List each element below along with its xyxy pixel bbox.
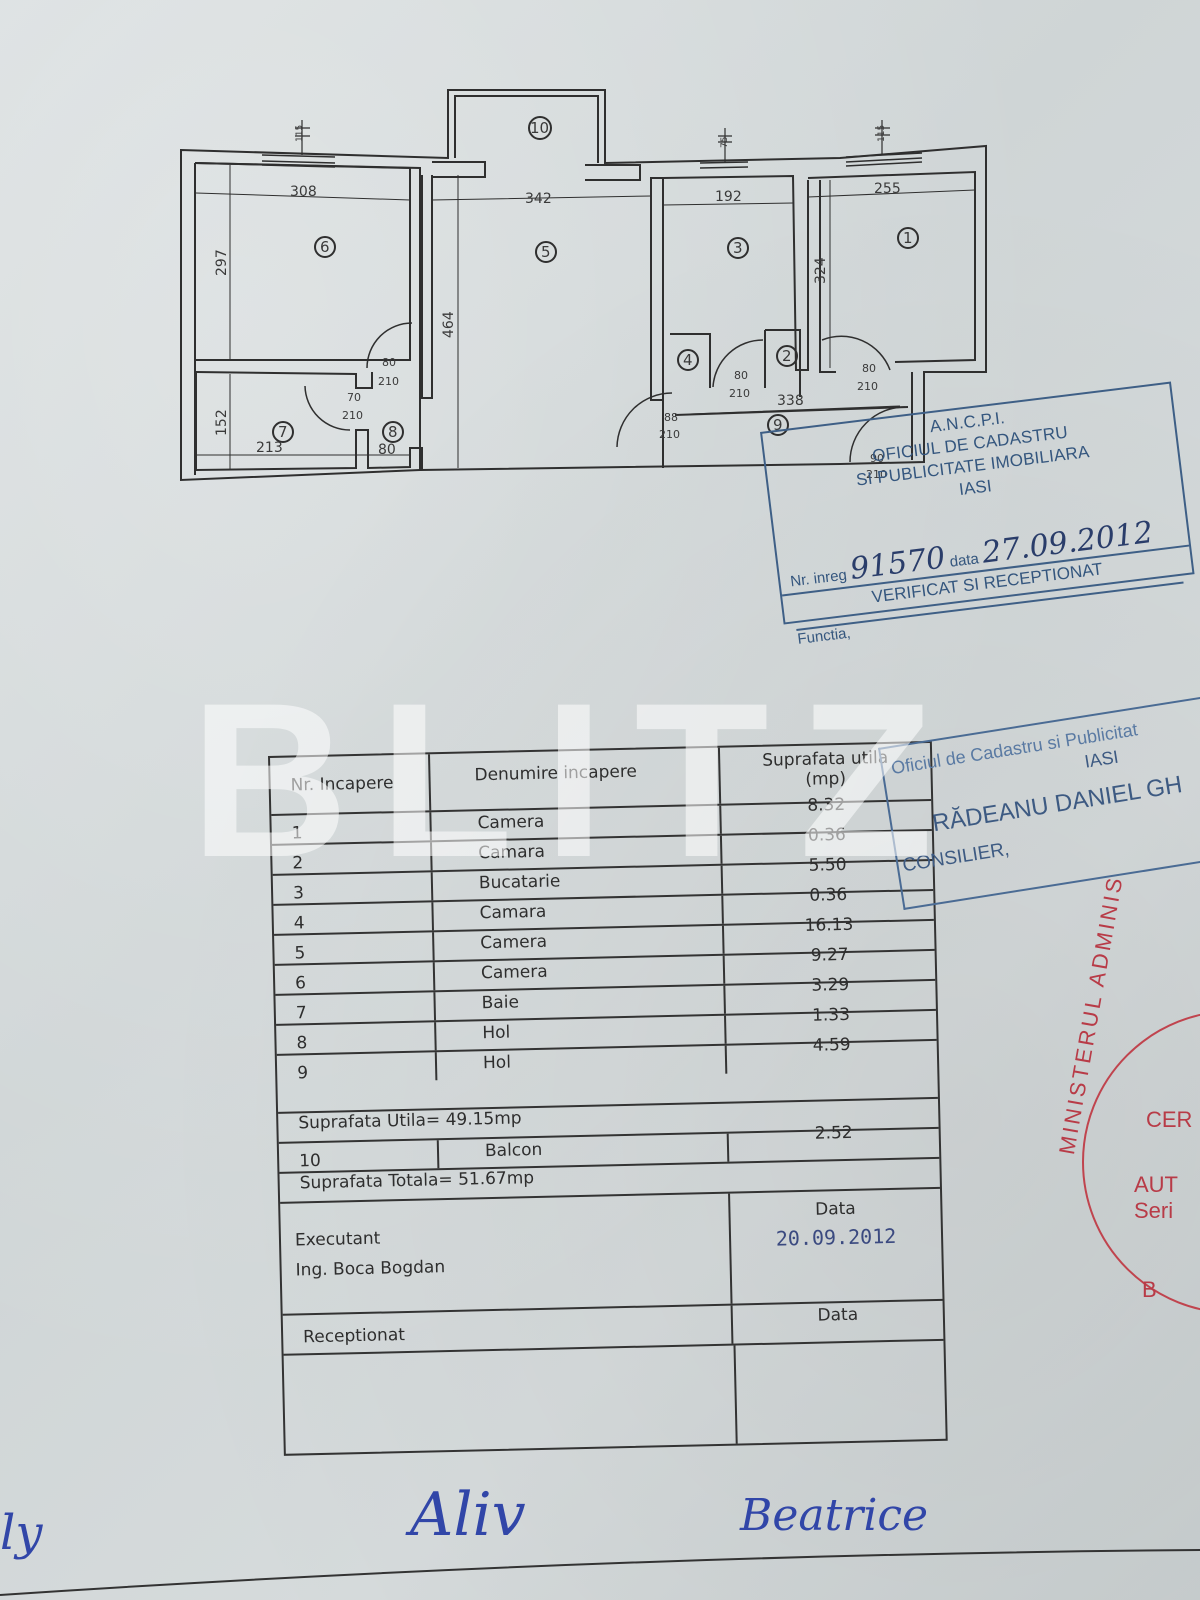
cell-nr: 4 <box>273 902 434 934</box>
cell-name: Hol <box>436 1016 727 1051</box>
dim-room7-width: 213 <box>256 440 283 456</box>
stamp-name: RĂDEANU DANIEL GH <box>930 771 1184 838</box>
door-label-w: 80 <box>734 369 748 382</box>
ministry-stamp: MINISTERUL ADMINIS CER AUT Seri B <box>1082 1010 1200 1314</box>
stamp-city: IASI <box>1083 747 1120 773</box>
window-label: 75 <box>720 137 730 148</box>
stamp-text: CER <box>1146 1107 1192 1133</box>
signature-line <box>0 1545 1200 1600</box>
signature: Aliv <box>410 1480 526 1550</box>
cell-name: Camera <box>431 806 722 841</box>
door-label-w: 80 <box>862 362 876 375</box>
room-label-5: 5 <box>541 243 551 261</box>
cell-name: Baie <box>435 986 726 1021</box>
cell-area: 2.52 <box>729 1121 940 1162</box>
dim-room9-width: 338 <box>777 393 804 409</box>
cell-name: Bucatarie <box>433 866 724 901</box>
stamp-text: Seri <box>1134 1198 1173 1224</box>
room-label-4: 4 <box>683 351 693 369</box>
door-label-w: 88 <box>664 411 678 424</box>
cell-nr: 6 <box>275 962 436 994</box>
received-date-label: Data <box>733 1301 944 1344</box>
cell-nr: 7 <box>275 992 436 1024</box>
cell-name: Camara <box>433 896 724 931</box>
cell-nr: 1 <box>271 812 432 844</box>
header-nr: Nr. Incapere <box>270 754 431 814</box>
dim-room6-height: 297 <box>214 249 230 276</box>
cell-name: Camera <box>435 956 726 991</box>
stamp-role: CONSILIER, <box>901 839 1011 878</box>
window-label: 115 <box>295 125 305 142</box>
door-label-w: 70 <box>347 391 361 404</box>
cell-name: Camara <box>432 836 723 871</box>
cell-nr: 9 <box>277 1052 438 1084</box>
dim-room5-height: 464 <box>441 311 457 338</box>
room-label-3: 3 <box>733 239 743 257</box>
cell-nr: 5 <box>274 932 435 964</box>
consilier-stamp: Oficiul de Cadastru si Publicitat IASI R… <box>878 694 1200 909</box>
dim-room5-width: 342 <box>525 191 552 207</box>
total-area: Suprafata Totala= 51.67mp <box>299 1168 534 1201</box>
room-label-1: 1 <box>903 229 913 247</box>
signature: Beatrice <box>740 1490 928 1541</box>
signature: ly <box>0 1505 42 1561</box>
cell-name: Camera <box>434 926 725 961</box>
header-name: Denumire incapere <box>430 748 721 811</box>
executant-date-label: Data <box>730 1197 940 1222</box>
door-label-h: 210 <box>729 387 750 400</box>
dim-room1-height: 324 <box>813 257 829 284</box>
dim-room1-width: 255 <box>874 181 901 197</box>
cell-nr: 3 <box>273 872 434 904</box>
cell-nr: 10 <box>279 1140 440 1172</box>
dim-room8-width: 80 <box>378 442 396 458</box>
door-label-h: 210 <box>659 428 680 441</box>
executant-date: 20.09.2012 <box>731 1223 941 1252</box>
signature-area <box>284 1341 946 1454</box>
stamp-text: AUT <box>1134 1172 1178 1198</box>
stamp-ring-text: MINISTERUL ADMINIS <box>1054 873 1129 1156</box>
cell-area: 4.59 <box>727 1033 938 1074</box>
date-label: data <box>949 550 980 570</box>
door-label-w: 80 <box>382 356 396 369</box>
executant-row: Executant Ing. Boca Bogdan Data 20.09.20… <box>280 1189 942 1316</box>
door-label-h: 210 <box>378 375 399 388</box>
room-label-7: 7 <box>278 423 288 441</box>
door-label-h: 210 <box>342 409 363 422</box>
rooms-table: Nr. Incapere Denumire incapere Suprafata… <box>268 741 948 1456</box>
room-label-6: 6 <box>320 238 330 256</box>
cell-nr: 8 <box>276 1022 437 1054</box>
useful-area: Suprafata Utila= 49.15mp <box>298 1108 522 1141</box>
stamp-text: B <box>1142 1277 1157 1303</box>
cell-name: Balcon <box>439 1134 730 1169</box>
room-label-10: 10 <box>530 119 549 137</box>
door-label-h: 210 <box>857 380 878 393</box>
dim-room7-height: 152 <box>214 409 230 436</box>
dim-room6-width: 308 <box>290 184 317 200</box>
room-label-2: 2 <box>782 347 792 365</box>
dim-room3-width: 192 <box>715 189 742 205</box>
cell-nr: 2 <box>272 842 433 874</box>
window-label: 115 <box>877 125 887 142</box>
room-label-8: 8 <box>388 423 398 441</box>
